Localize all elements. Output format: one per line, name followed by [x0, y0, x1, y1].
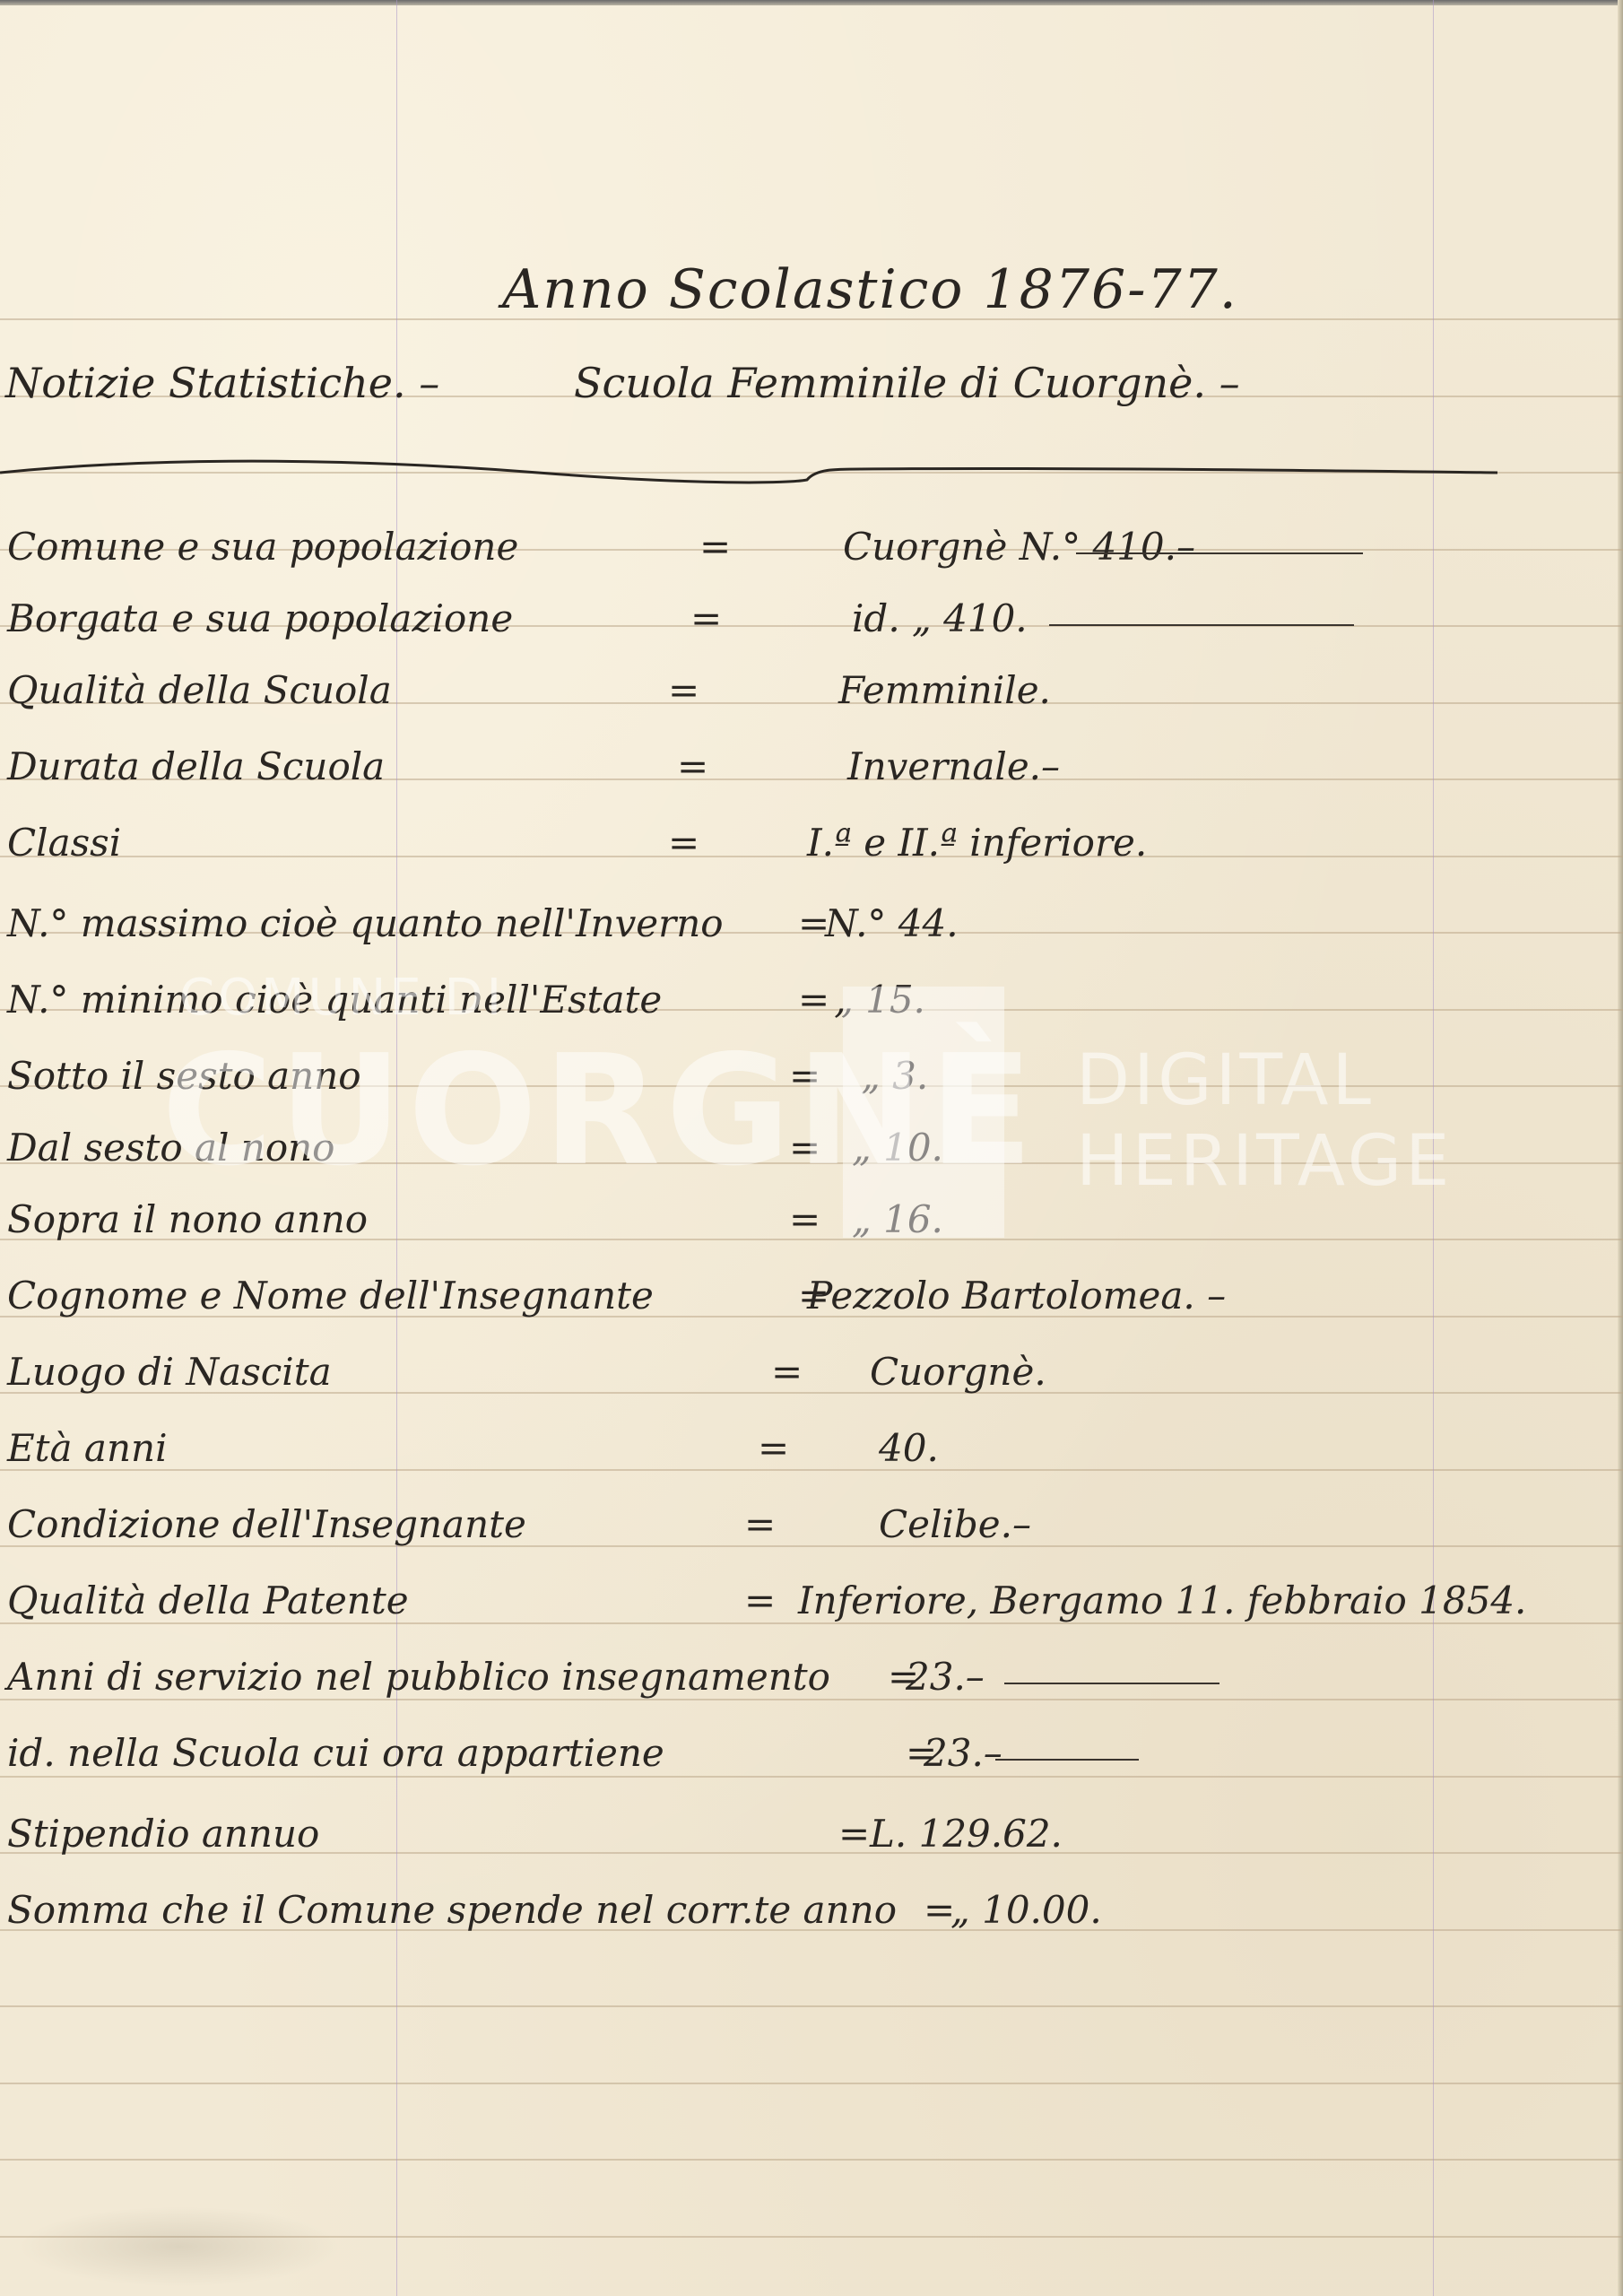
page-top-edge — [0, 0, 1623, 5]
statistic-value: I.ª e II.ª inferiore. — [807, 821, 1147, 865]
statistic-value: 23.– — [906, 1655, 985, 1699]
statistic-value: N.° 44. — [825, 901, 959, 945]
statistic-value: Invernale.– — [847, 744, 1060, 788]
statistic-label: Somma che il Comune spende nel corr.te a… — [7, 1888, 897, 1932]
statistic-label: Classi — [7, 821, 121, 865]
equals-sign: = — [789, 1197, 820, 1241]
equals-sign: = — [758, 1426, 789, 1470]
statistic-label: Luogo di Nascita — [7, 1350, 332, 1394]
statistic-row: Luogo di Nascita=Cuorgnè. — [0, 1336, 1578, 1399]
statistic-row: Somma che il Comune spende nel corr.te a… — [0, 1874, 1578, 1937]
statistic-label: Età anni — [7, 1426, 168, 1470]
page-right-edge — [1618, 0, 1623, 2296]
statistic-row: N.° massimo cioè quanto nell'Inverno=N.°… — [0, 888, 1578, 951]
document-title: Anno Scolastico 1876-77. — [502, 258, 1238, 321]
statistic-row: Qualità della Scuola=Femminile. — [0, 655, 1578, 717]
statistic-row: Cognome e Nome dell'Insegnante=Pezzolo B… — [0, 1260, 1578, 1323]
statistic-label: Dal sesto al nono — [7, 1126, 334, 1170]
equals-sign: = — [838, 1812, 870, 1856]
statistic-label: Comune e sua popolazione — [7, 525, 518, 569]
statistic-value: „ 15. — [834, 978, 925, 1022]
statistic-value: „ 16. — [852, 1197, 943, 1241]
statistic-label: Sopra il nono anno — [7, 1197, 368, 1241]
statistic-label: Stipendio annuo — [7, 1812, 319, 1856]
ruled-line — [0, 2005, 1623, 2007]
fill-stroke — [1049, 624, 1354, 626]
statistic-value: L. 129.62. — [870, 1812, 1063, 1856]
statistic-row: Età anni=40. — [0, 1413, 1578, 1475]
statistic-row: Condizione dell'Insegnante=Celibe.– — [0, 1489, 1578, 1552]
statistic-value: 23.– — [924, 1731, 1002, 1775]
document-page: Anno Scolastico 1876-77. Notizie Statist… — [0, 0, 1623, 2296]
statistic-value: „ 10.00. — [950, 1888, 1102, 1932]
statistic-value: Inferiore, Bergamo 11. febbraio 1854. — [798, 1578, 1526, 1622]
statistic-row: Stipendio annuo=L. 129.62. — [0, 1798, 1578, 1861]
statistic-row: Durata della Scuola=Invernale.– — [0, 731, 1578, 794]
fill-stroke — [995, 1759, 1139, 1761]
equals-sign: = — [668, 821, 699, 865]
statistic-label: Durata della Scuola — [7, 744, 385, 788]
statistic-value: Celibe.– — [879, 1502, 1031, 1546]
equals-sign: = — [789, 1126, 820, 1170]
statistic-value: Cuorgnè N.° 410.– — [843, 525, 1195, 569]
ruled-line — [0, 2083, 1623, 2084]
statistic-row: Comune e sua popolazione=Cuorgnè N.° 410… — [0, 511, 1578, 574]
statistic-label: Anni di servizio nel pubblico insegnamen… — [7, 1655, 830, 1699]
statistic-label: id. nella Scuola cui ora appartiene — [7, 1731, 664, 1775]
statistic-label: N.° massimo cioè quanto nell'Inverno — [7, 901, 724, 945]
equals-sign: = — [699, 525, 731, 569]
statistic-row: Sotto il sesto anno=„ 3. — [0, 1040, 1578, 1103]
statistic-row: N.° minimo cioè quanti nell'Estate=„ 15. — [0, 964, 1578, 1027]
statistic-value: 40. — [879, 1426, 939, 1470]
equals-sign: = — [798, 978, 829, 1022]
decorative-divider — [0, 453, 1506, 489]
equals-sign: = — [789, 1054, 820, 1098]
fill-stroke — [1076, 552, 1363, 554]
statistic-label: Borgata e sua popolazione — [7, 596, 513, 640]
statistic-label: Cognome e Nome dell'Insegnante — [7, 1274, 654, 1318]
equals-sign: = — [690, 596, 722, 640]
equals-sign: = — [744, 1578, 776, 1622]
statistic-value: id. „ 410. — [852, 596, 1028, 640]
statistic-row: Qualità della Patente=Inferiore, Bergamo… — [0, 1565, 1578, 1628]
statistic-row: Sopra il nono anno=„ 16. — [0, 1184, 1578, 1247]
section-heading: Notizie Statistiche. – — [5, 359, 439, 407]
fill-stroke — [1004, 1683, 1219, 1684]
statistic-value: Femminile. — [838, 668, 1051, 712]
statistic-label: Sotto il sesto anno — [7, 1054, 361, 1098]
statistic-row: id. nella Scuola cui ora appartiene=23.– — [0, 1718, 1578, 1780]
statistic-label: N.° minimo cioè quanti nell'Estate — [7, 978, 662, 1022]
school-heading: Scuola Femminile di Cuorgnè. – — [574, 359, 1240, 407]
statistic-value: „ 3. — [861, 1054, 928, 1098]
statistic-value: Cuorgnè. — [870, 1350, 1046, 1394]
paper-stain — [18, 2206, 341, 2287]
statistic-row: Borgata e sua popolazione=id. „ 410. — [0, 583, 1578, 646]
equals-sign: = — [677, 744, 708, 788]
statistic-row: Classi=I.ª e II.ª inferiore. — [0, 807, 1578, 870]
statistic-value: „ 10. — [852, 1126, 943, 1170]
statistic-label: Condizione dell'Insegnante — [7, 1502, 526, 1546]
statistic-row: Anni di servizio nel pubblico insegnamen… — [0, 1641, 1578, 1704]
ruled-line — [0, 2159, 1623, 2161]
statistic-label: Qualità della Scuola — [7, 668, 392, 712]
equals-sign: = — [771, 1350, 803, 1394]
statistic-row: Dal sesto al nono=„ 10. — [0, 1112, 1578, 1175]
equals-sign: = — [744, 1502, 776, 1546]
statistic-value: Pezzolo Bartolomea. – — [807, 1274, 1226, 1318]
equals-sign: = — [668, 668, 699, 712]
statistic-label: Qualità della Patente — [7, 1578, 409, 1622]
